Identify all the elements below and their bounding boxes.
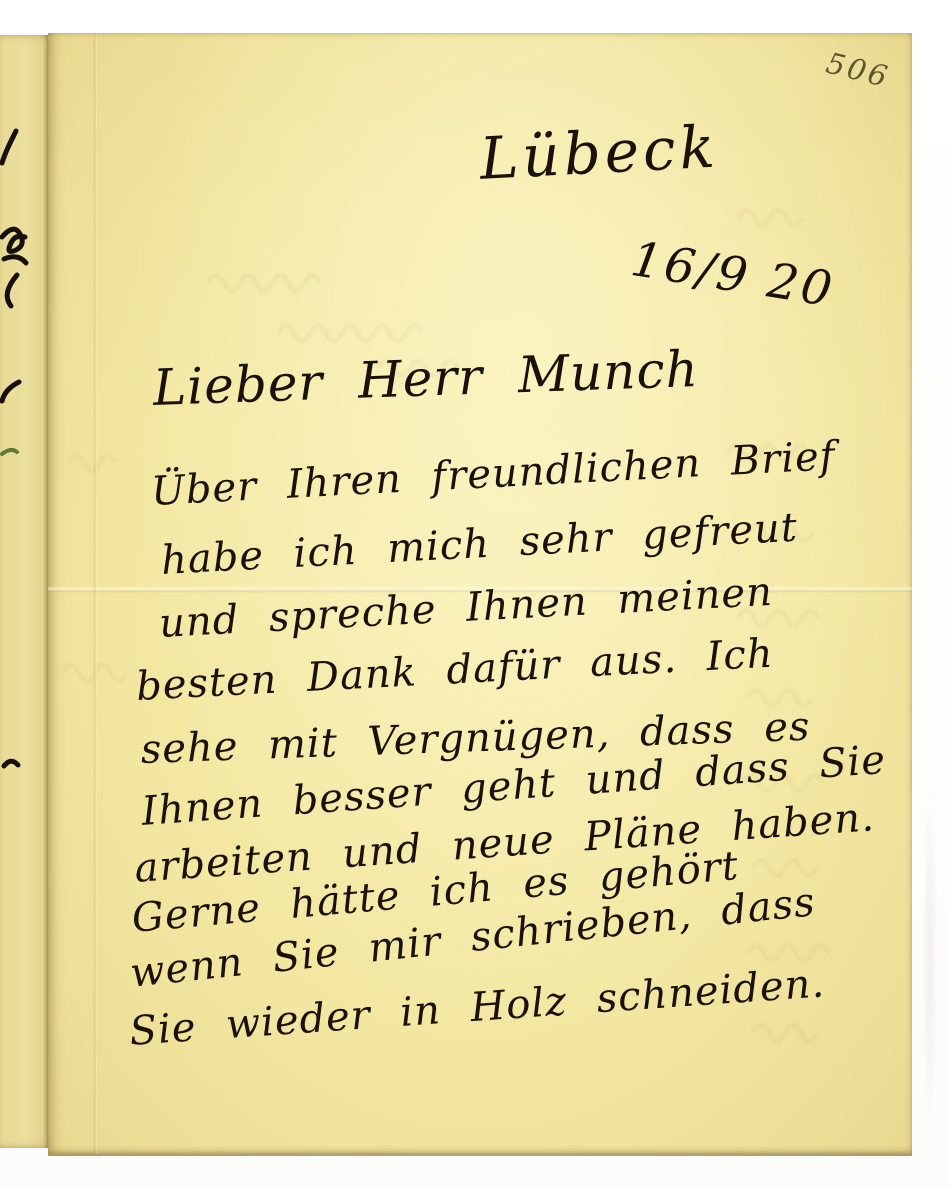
scanner-shadow-streak <box>922 780 938 1140</box>
underlying-page-edge <box>0 35 48 1148</box>
letter-sheet: 506 Lübeck 16/9 20 Lieber Herr Munch Übe… <box>48 33 912 1156</box>
letter-place: Lübeck <box>478 112 720 192</box>
ink-fragment-strokes <box>0 35 48 1148</box>
green-ink-fragment <box>2 450 17 454</box>
vertical-margin-crease <box>93 33 97 1154</box>
